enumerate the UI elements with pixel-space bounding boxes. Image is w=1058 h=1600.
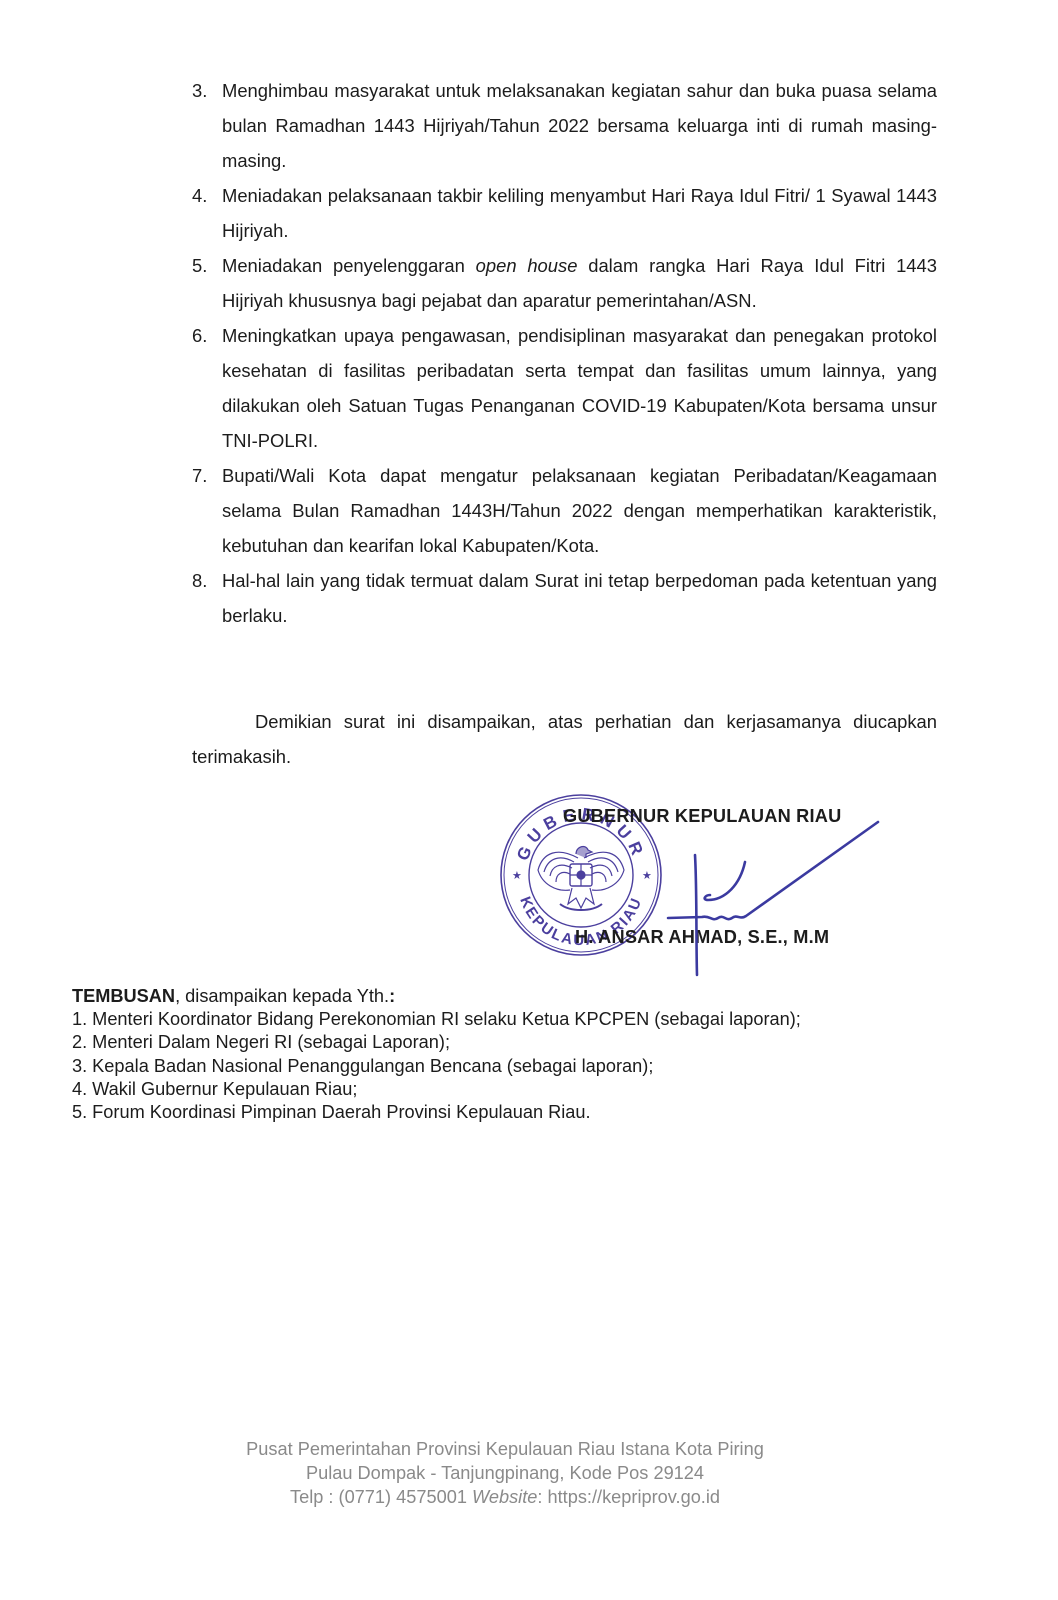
tembusan-item-number: 5.	[72, 1102, 87, 1122]
list-item-text: Hal-hal lain yang tidak termuat dalam Su…	[222, 563, 937, 633]
list-item-number: 6.	[192, 318, 207, 353]
tembusan-item-text: Menteri Dalam Negeri RI (sebagai Laporan…	[92, 1032, 450, 1052]
footer-address-line-2: Pulau Dompak - Tanjungpinang, Kode Pos 2…	[0, 1461, 1010, 1485]
footer-address-line-1: Pusat Pemerintahan Provinsi Kepulauan Ri…	[0, 1437, 1010, 1461]
garuda-emblem-icon	[538, 847, 624, 910]
tembusan-item: 5.Forum Koordinasi Pimpinan Daerah Provi…	[72, 1101, 972, 1124]
tembusan-item-text: Menteri Koordinator Bidang Perekonomian …	[92, 1009, 801, 1029]
tembusan-item-number: 2.	[72, 1032, 87, 1052]
tembusan-item-number: 4.	[72, 1079, 87, 1099]
handwritten-signature-icon	[640, 800, 890, 980]
text-segment: Meniadakan penyelenggaran	[222, 255, 476, 276]
list-item-number: 8.	[192, 563, 207, 598]
list-item: 4. Meniadakan pelaksanaan takbir kelilin…	[192, 178, 937, 248]
list-item-number: 4.	[192, 178, 207, 213]
list-item-number: 5.	[192, 248, 207, 283]
tembusan-item-text: Wakil Gubernur Kepulauan Riau;	[92, 1079, 357, 1099]
list-item-text: Meniadakan pelaksanaan takbir keliling m…	[222, 178, 937, 248]
tembusan-heading-text: , disampaikan kepada Yth.	[175, 986, 389, 1006]
svg-text:★: ★	[512, 869, 522, 882]
tembusan-section: TEMBUSAN, disampaikan kepada Yth.: 1.Men…	[72, 985, 972, 1124]
tembusan-item: 1.Menteri Koordinator Bidang Perekonomia…	[72, 1008, 972, 1031]
letter-footer: Pusat Pemerintahan Provinsi Kepulauan Ri…	[0, 1437, 1010, 1509]
tembusan-item-text: Kepala Badan Nasional Penanggulangan Ben…	[92, 1056, 653, 1076]
tembusan-item: 3.Kepala Badan Nasional Penanggulangan B…	[72, 1055, 972, 1078]
letter-page: 3. Menghimbau masyarakat untuk melaksana…	[0, 0, 1058, 1600]
tembusan-item: 4.Wakil Gubernur Kepulauan Riau;	[72, 1078, 972, 1101]
footer-contact-line: Telp : (0771) 4575001 Website: https://k…	[0, 1485, 1010, 1509]
signatory-title: GUBERNUR KEPULAUAN RIAU	[563, 806, 841, 827]
tembusan-item-text: Forum Koordinasi Pimpinan Daerah Provins…	[92, 1102, 590, 1122]
list-item-text: Meningkatkan upaya pengawasan, pendisipl…	[222, 318, 937, 458]
tembusan-heading: TEMBUSAN, disampaikan kepada Yth.:	[72, 985, 972, 1008]
footer-website-label: Website	[472, 1487, 537, 1507]
list-item: 5. Meniadakan penyelenggaran open house …	[192, 248, 937, 318]
signatory-name: H. ANSAR AHMAD, S.E., M.M	[575, 927, 829, 948]
svg-text:★: ★	[642, 869, 652, 882]
tembusan-item-number: 1.	[72, 1009, 87, 1029]
open-house-italic: open house	[476, 255, 578, 276]
tembusan-list: 1.Menteri Koordinator Bidang Perekonomia…	[72, 1008, 972, 1124]
list-item-text: Meniadakan penyelenggaran open house dal…	[222, 248, 937, 318]
list-item: 6. Meningkatkan upaya pengawasan, pendis…	[192, 318, 937, 458]
list-item-number: 7.	[192, 458, 207, 493]
list-item-number: 3.	[192, 73, 207, 108]
closing-paragraph: Demikian surat ini disampaikan, atas per…	[192, 704, 937, 774]
list-item-text: Bupati/Wali Kota dapat mengatur pelaksan…	[222, 458, 937, 563]
tembusan-label: TEMBUSAN	[72, 986, 175, 1006]
list-item: 3. Menghimbau masyarakat untuk melaksana…	[192, 73, 937, 178]
instruction-list: 3. Menghimbau masyarakat untuk melaksana…	[192, 73, 937, 633]
list-item-text: Menghimbau masyarakat untuk melaksanakan…	[222, 73, 937, 178]
list-item: 7. Bupati/Wali Kota dapat mengatur pelak…	[192, 458, 937, 563]
footer-phone: Telp : (0771) 4575001	[290, 1487, 472, 1507]
list-item: 8. Hal-hal lain yang tidak termuat dalam…	[192, 563, 937, 633]
tembusan-colon: :	[389, 986, 395, 1006]
tembusan-item-number: 3.	[72, 1056, 87, 1076]
tembusan-item: 2.Menteri Dalam Negeri RI (sebagai Lapor…	[72, 1031, 972, 1054]
footer-website-url: : https://kepriprov.go.id	[537, 1487, 720, 1507]
